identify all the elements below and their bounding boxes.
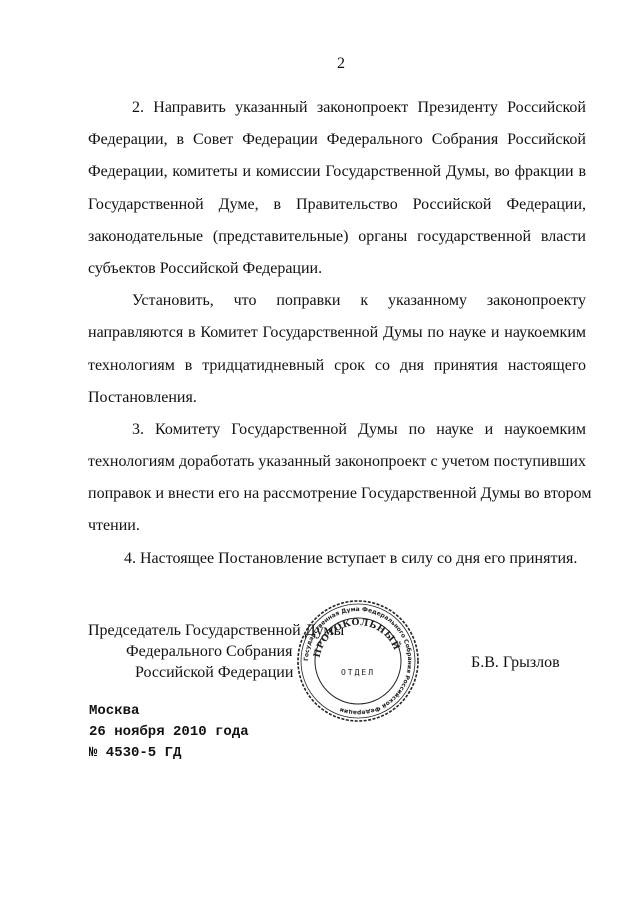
paragraph-amendments: Установить, что поправки к указанному за… [88,285,586,414]
paragraph-item-4: 4. Настоящее Постановление вступает в си… [88,543,586,575]
text-line: поправок и внести его на рассмотрение Го… [88,478,586,510]
paragraph-item-3: 3. Комитету Государственной Думы по наук… [88,414,586,543]
signatory-name: Б.В. Грызлов [471,654,560,672]
text-line: законодательные (представительные) орган… [88,221,586,253]
document-footer: Москва 26 ноября 2010 года № 4530-5 ГД [89,701,249,764]
paragraph-item-2: 2. Направить указанный законопроект През… [88,92,586,285]
footer-city: Москва [89,701,249,722]
text-line: Федерации, комитеты и комиссии Государст… [88,156,586,188]
text-line: Государственной Думе, в Правительство Ро… [88,189,586,221]
official-stamp-icon: Государственная Дума Федерального Собран… [295,598,421,724]
text-line: Установить, что поправки к указанному за… [88,285,586,317]
page-number: 2 [0,55,640,73]
text-line: Постановления. [88,382,586,414]
text-line: 2. Направить указанный законопроект През… [88,92,586,124]
text-line: 4. Настоящее Постановление вступает в си… [88,543,586,575]
text-line: Федерации, в Совет Федерации Федеральног… [88,124,586,156]
footer-number: № 4530-5 ГД [89,743,249,764]
text-line: чтении. [88,510,586,542]
document-body: 2. Направить указанный законопроект През… [88,92,586,575]
text-line: направляются в Комитет Государственной Д… [88,317,586,349]
text-line: 3. Комитету Государственной Думы по наук… [88,414,586,446]
text-line: технологиям доработать указанный законоп… [88,446,586,478]
stamp-center-bottom: ОТДЕЛ [341,668,375,677]
text-line: субъектов Российской Федерации. [88,253,586,285]
footer-date: 26 ноября 2010 года [89,722,249,743]
text-line: технологиям в тридцатидневный срок со дн… [88,350,586,382]
